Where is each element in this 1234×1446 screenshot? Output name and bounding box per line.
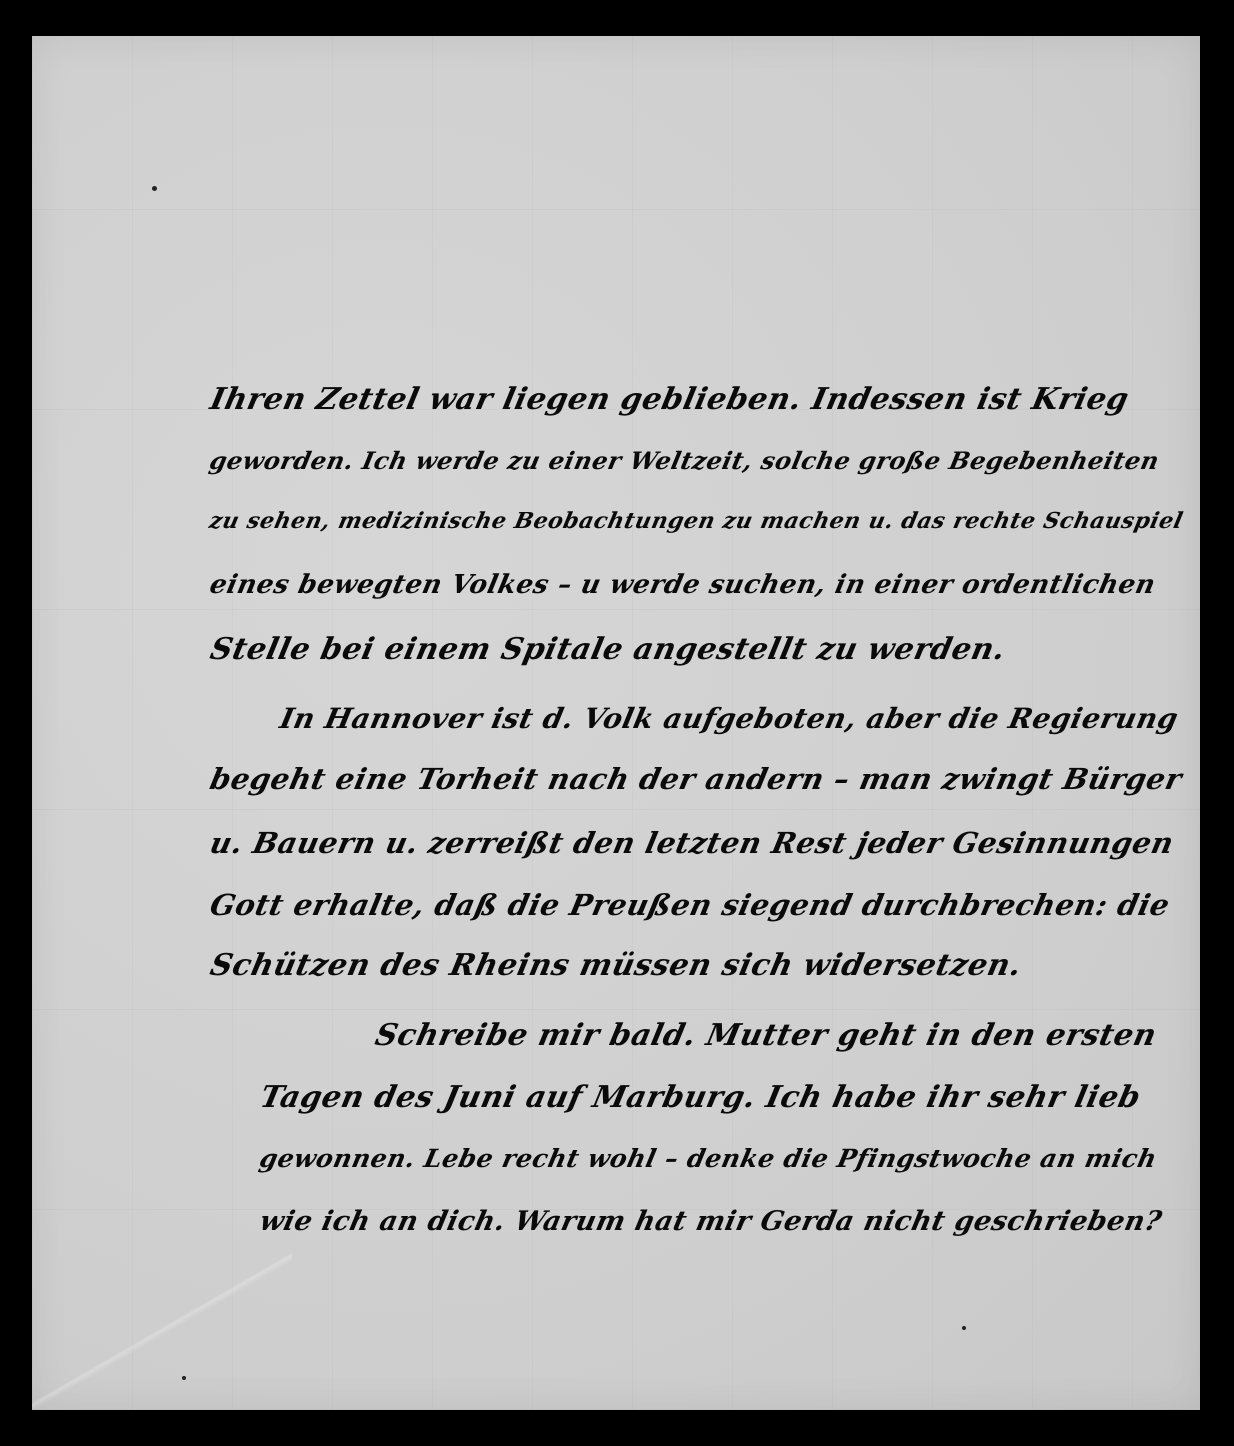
text-line: Schreibe mir bald. Mutter geht in den er… [372,1018,1160,1053]
text-line: Gott erhalte, daß die Preußen siegend du… [207,888,1173,922]
text-line: u. Bauern u. zerreißt den letzten Rest j… [207,826,1177,860]
text-line: geworden. Ich werde zu einer Weltzeit, s… [207,446,1162,475]
text-line: wie ich an dich. Warum hat mir Gerda nic… [257,1206,1165,1237]
text-line: Stelle bei einem Spitale angestellt zu w… [207,632,1009,667]
text-line: begeht eine Torheit nach der andern – ma… [207,762,1185,796]
text-line: zu sehen, medizinische Beobachtungen zu … [207,508,1186,534]
text-line: Ihren Zettel war liegen geblieben. Indes… [207,382,1132,417]
text-line: Schützen des Rheins müssen sich widerset… [207,948,1025,983]
letter-text: Ihren Zettel war liegen geblieben. Indes… [32,36,1200,1410]
text-line: gewonnen. Lebe recht wohl – denke die Pf… [257,1144,1160,1173]
letter-page: Ihren Zettel war liegen geblieben. Indes… [32,36,1200,1410]
text-line: eines bewegten Volkes – u werde suchen, … [207,570,1158,600]
text-line: In Hannover ist d. Volk aufgeboten, aber… [277,702,1181,735]
text-line: Tagen des Juni auf Marburg. Ich habe ihr… [257,1080,1144,1115]
